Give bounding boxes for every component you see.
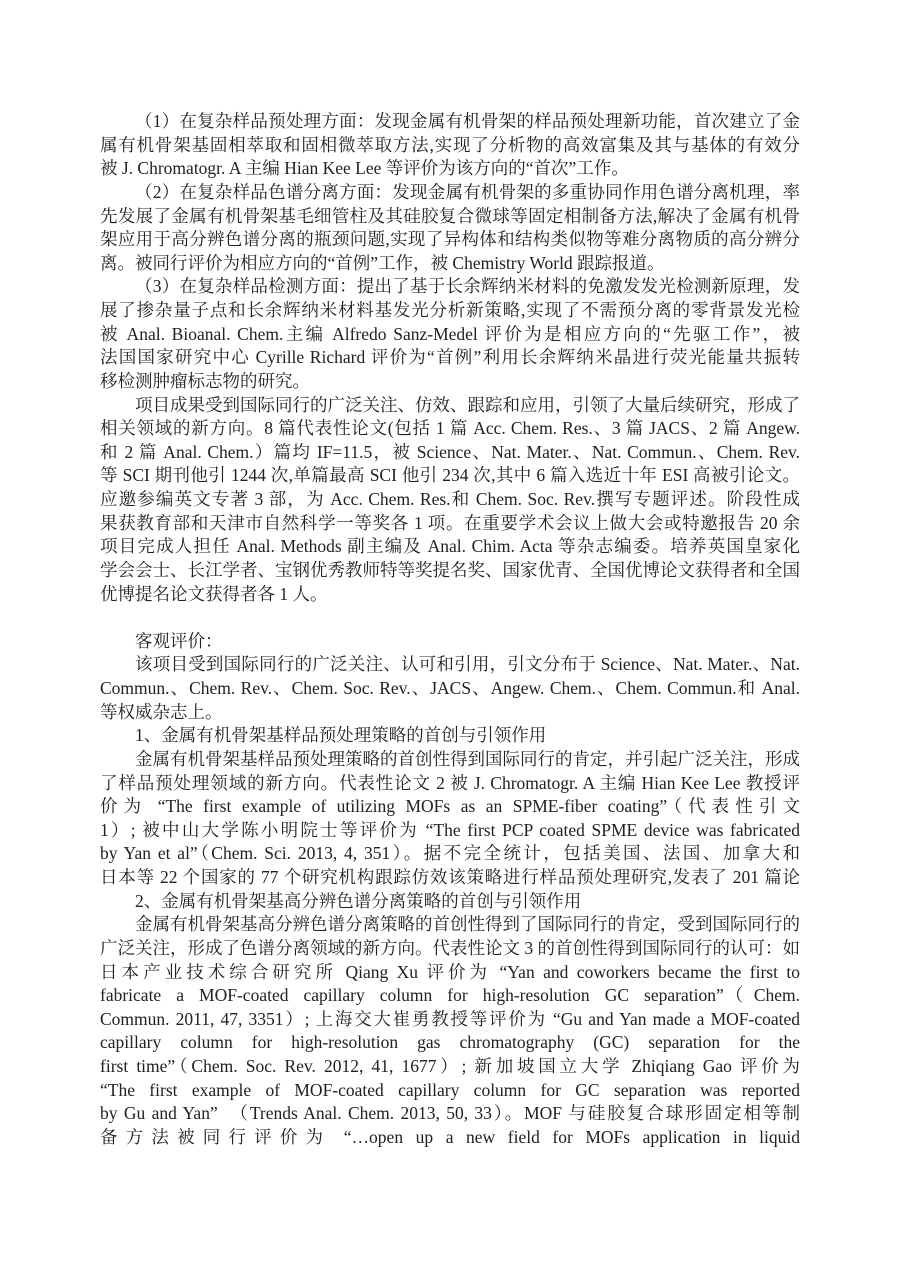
text-line: 项目完成人担任 Anal. Methods 副主编及 Anal. Chim. A… <box>100 535 800 559</box>
text-line: Commun. 2011, 47, 3351）; 上海交大崔勇教授等评价为 “G… <box>100 1008 800 1032</box>
text-line: 被 J. Chromatogr. A 主编 Hian Kee Lee 等评价为该… <box>100 157 800 181</box>
text-line: 等权威杂志上。 <box>100 701 800 725</box>
text-line: Commun.、Chem. Rev.、Chem. Soc. Rev.、JACS、… <box>100 677 800 701</box>
text-line: 被 Anal. Bioanal. Chem.主编 Alfredo Sanz-Me… <box>100 323 800 347</box>
text-line: （1）在复杂样品预处理方面：发现金属有机骨架的样品预处理新功能，首次建立了金 <box>100 110 800 134</box>
document-page: （1）在复杂样品预处理方面：发现金属有机骨架的样品预处理新功能，首次建立了金属有… <box>0 0 900 1272</box>
text-line: （2）在复杂样品色谱分离方面：发现金属有机骨架的多重协同作用色谱分离机理，率 <box>100 181 800 205</box>
text-line: 该项目受到国际同行的广泛关注、认可和引用，引文分布于 Science、Nat. … <box>100 653 800 677</box>
text-line: 日本等 22 个国家的 77 个研究机构跟踪仿效该策略进行样品预处理研究,发表了… <box>100 866 800 890</box>
text-line: 客观评价： <box>100 630 800 654</box>
text-line: 展了掺杂量子点和长余辉纳米材料基发光分析新策略,实现了不需预分离的零背景发光检测… <box>100 299 800 323</box>
text-line: 先发展了金属有机骨架基毛细管柱及其硅胶复合微球等固定相制备方法,解决了金属有机骨 <box>100 205 800 229</box>
text-line: 移检测肿瘤标志物的研究。 <box>100 370 800 394</box>
text-line: fabricate a MOF-coated capillary column … <box>100 984 800 1008</box>
document-text-block: （1）在复杂样品预处理方面：发现金属有机骨架的样品预处理新功能，首次建立了金属有… <box>100 110 800 1150</box>
text-line: 果获教育部和天津市自然科学一等奖各 1 项。在重要学术会议上做大会或特邀报告 2… <box>100 512 800 536</box>
text-line: 1）; 被中山大学陈小明院士等评价为 “The first PCP coated… <box>100 819 800 843</box>
text-line: 和 2 篇 Anal. Chem.）篇均 IF=11.5，被 Science、N… <box>100 441 800 465</box>
text-line: 2、金属有机骨架基高分辨色谱分离策略的首创与引领作用 <box>100 890 800 914</box>
text-line: 1、金属有机骨架基样品预处理策略的首创与引领作用 <box>100 724 800 748</box>
text-line: first time”（Chem. Soc. Rev. 2012, 41, 16… <box>100 1055 800 1079</box>
text-line: 金属有机骨架基样品预处理策略的首创性得到国际同行的肯定，并引起广泛关注，形成 <box>100 748 800 772</box>
text-line: 广泛关注，形成了色谱分离领域的新方向。代表性论文 3 的首创性得到国际同行的认可… <box>100 937 800 961</box>
text-line: 了样品预处理领域的新方向。代表性论文 2 被 J. Chromatogr. A … <box>100 772 800 796</box>
text-line: 金属有机骨架基高分辨色谱分离策略的首创性得到了国际同行的肯定，受到国际同行的 <box>100 913 800 937</box>
text-line: 等 SCI 期刊他引 1244 次,单篇最高 SCI 他引 234 次,其中 6… <box>100 464 800 488</box>
text-line: 优博提名论文获得者各 1 人。 <box>100 583 800 607</box>
text-line: 应邀参编英文专著 3 部，为 Acc. Chem. Res.和 Chem. So… <box>100 488 800 512</box>
text-line: 属有机骨架基固相萃取和固相微萃取方法,实现了分析物的高效富集及其与基体的有效分离… <box>100 134 800 158</box>
text-line: 备方法被同行评价为 “…open up a new field for MOFs… <box>100 1126 800 1150</box>
text-line: 法国国家研究中心 Cyrille Richard 评价为“首例”利用长余辉纳米晶… <box>100 346 800 370</box>
text-line: 项目成果受到国际同行的广泛关注、仿效、跟踪和应用，引领了大量后续研究，形成了 <box>100 394 800 418</box>
text-line: （3）在复杂样品检测方面：提出了基于长余辉纳米材料的免激发发光检测新原理，发 <box>100 275 800 299</box>
text-line: by Yan et al”（Chem. Sci. 2013, 4, 351）。据… <box>100 842 800 866</box>
text-line: “The first example of MOF-coated capilla… <box>100 1079 800 1103</box>
text-line: capillary column for high-resolution gas… <box>100 1031 800 1055</box>
text-line: 架应用于高分辨色谱分离的瓶颈问题,实现了异构体和结构类似物等难分离物质的高分辨分 <box>100 228 800 252</box>
text-line: 离。被同行评价为相应方向的“首例”工作，被 Chemistry World 跟踪… <box>100 252 800 276</box>
text-line: 学会会士、长江学者、宝钢优秀教师特等奖提名奖、国家优青、全国优博论文获得者和全国 <box>100 559 800 583</box>
text-line: 相关领域的新方向。8 篇代表性论文(包括 1 篇 Acc. Chem. Res.… <box>100 417 800 441</box>
text-line: 日本产业技术综合研究所 Qiang Xu 评价为 “Yan and cowork… <box>100 961 800 985</box>
text-line: 价为 “The first example of utilizing MOFs … <box>100 795 800 819</box>
blank-line <box>100 606 800 630</box>
text-line: by Gu and Yan” （Trends Anal. Chem. 2013,… <box>100 1102 800 1126</box>
